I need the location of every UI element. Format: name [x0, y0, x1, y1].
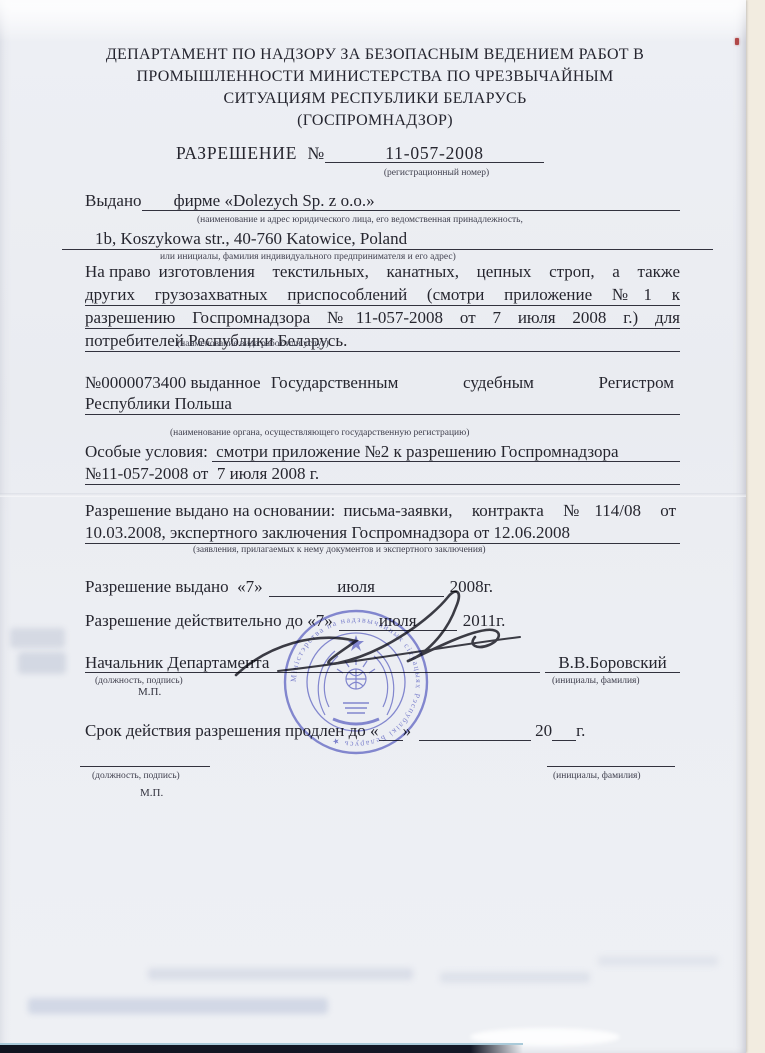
company-address: 1b, Koszykowa str., 40-760 Katowice, Pol…	[62, 229, 713, 250]
permit-title-row: РАЗРЕШЕНИЕ № 11-057-2008	[176, 143, 576, 163]
scan-edge-dark-strip	[0, 1043, 523, 1053]
footer-position-caption: (должность, подпись)	[92, 770, 180, 782]
works-right-caption: (наименование вида работ или услуг)	[177, 338, 577, 350]
works-right-line-2: других грузозахватных приспособлений (см…	[85, 285, 680, 306]
page-top-sheen	[0, 0, 746, 42]
footer-signature-line-left	[80, 766, 210, 767]
issued-to-value: фирме «Dolezych Sp. z o.o.»	[142, 191, 680, 211]
prolongation-year-blank	[552, 721, 576, 741]
special-conditions-row: Особые условия: смотри приложение №2 к р…	[85, 442, 680, 462]
works-right-row-1: На право изготовления текстильных, канат…	[85, 262, 680, 282]
basis-label: Разрешение выдано на основании:	[85, 501, 339, 521]
works-right-line-3: разрешению Госпромнадзора №11-057-2008 о…	[85, 308, 680, 329]
seal-place-abbr: М.П.	[138, 686, 161, 699]
special-conditions-label: Особые условия:	[85, 442, 212, 462]
official-name: В.В.Боровский	[545, 653, 680, 673]
registration-certificate-row: Свидетельство о государственной регистра…	[85, 351, 705, 371]
name-caption: (инициалы, фамилия)	[552, 675, 640, 687]
fold-crease	[0, 493, 746, 497]
header-line: ПРОМЫШЛЕННОСТИ МИНИСТЕРСТВА ПО ЧРЕЗВЫЧАЙ…	[30, 66, 720, 88]
basis-line-2: 10.03.2008, экспертного заключения Госпр…	[85, 523, 680, 544]
prolongation-year-suffix: г.	[576, 721, 585, 741]
permit-title: РАЗРЕШЕНИЕ	[176, 143, 297, 163]
bleed-through-ghost	[28, 998, 328, 1014]
bleed-through-ghost	[148, 968, 413, 980]
issued-to-label: Выдано	[85, 191, 142, 211]
header-line: ДЕПАРТАМЕНТ ПО НАДЗОРУ ЗА БЕЗОПАСНЫМ ВЕД…	[30, 44, 720, 66]
number-sign: №	[297, 143, 325, 163]
bleed-through-ghost	[10, 628, 65, 648]
registration-authority-2: Республики Польша	[85, 394, 680, 415]
bleed-through-ghost	[18, 652, 66, 674]
works-right-line-1: изготовления текстильных, канатных, цепн…	[159, 262, 680, 282]
issued-to-row: Выдано фирме «Dolezych Sp. z o.o.»	[85, 191, 680, 211]
certificate-number-sign: №	[85, 373, 101, 393]
footer-name-caption: (инициалы, фамилия)	[553, 770, 641, 782]
bleed-through-ghost	[440, 972, 590, 983]
registration-number-caption: (регистрационный номер)	[327, 167, 546, 179]
basis-line-1: письма-заявки, контракта №114/08 от	[339, 501, 680, 521]
certificate-issued-by-label: выданное	[186, 373, 265, 393]
header-line: СИТУАЦИЯМ РЕСПУБЛИКИ БЕЛАРУСЬ	[30, 88, 720, 110]
basis-row: Разрешение выдано на основании: письма-з…	[85, 501, 680, 521]
scanned-permit-document: ДЕПАРТАМЕНТ ПО НАДЗОРУ ЗА БЕЗОПАСНЫМ ВЕД…	[0, 0, 765, 1053]
prolongation-year-prefix: 20	[535, 721, 552, 741]
issuing-authority-header: ДЕПАРТАМЕНТ ПО НАДЗОРУ ЗА БЕЗОПАСНЫМ ВЕД…	[30, 44, 720, 132]
registration-authority-caption: (наименование органа, осуществляющего го…	[170, 427, 469, 439]
registration-authority-1: Государственным судебным Регистром	[265, 373, 680, 393]
prolongation-month-blank	[419, 721, 531, 741]
header-line: (ГОСПРОМНАДЗОР)	[30, 110, 720, 132]
special-conditions-line-1: смотри приложение №2 к разрешению Госпро…	[212, 442, 680, 462]
basis-caption: (заявления, прилагаемых к нему документо…	[193, 544, 485, 556]
director-signature	[218, 583, 528, 688]
red-pen-mark	[735, 38, 739, 45]
bleed-through-ghost	[598, 956, 718, 966]
issued-to-caption-1: (наименование и адрес юридического лица,…	[197, 214, 523, 226]
works-right-label: На право	[85, 262, 159, 282]
footer-seal-place-abbr: М.П.	[140, 787, 163, 800]
certificate-number: 0000073400	[101, 373, 186, 393]
certificate-number-row: № 0000073400 выданное Государственным су…	[85, 373, 680, 393]
footer-signature-line-right	[547, 766, 675, 767]
document-page: ДЕПАРТАМЕНТ ПО НАДЗОРУ ЗА БЕЗОПАСНЫМ ВЕД…	[0, 0, 746, 1053]
special-conditions-line-2: №11-057-2008 от 7 июля 2008 г.	[85, 464, 680, 485]
registration-number: 11-057-2008	[325, 143, 544, 163]
